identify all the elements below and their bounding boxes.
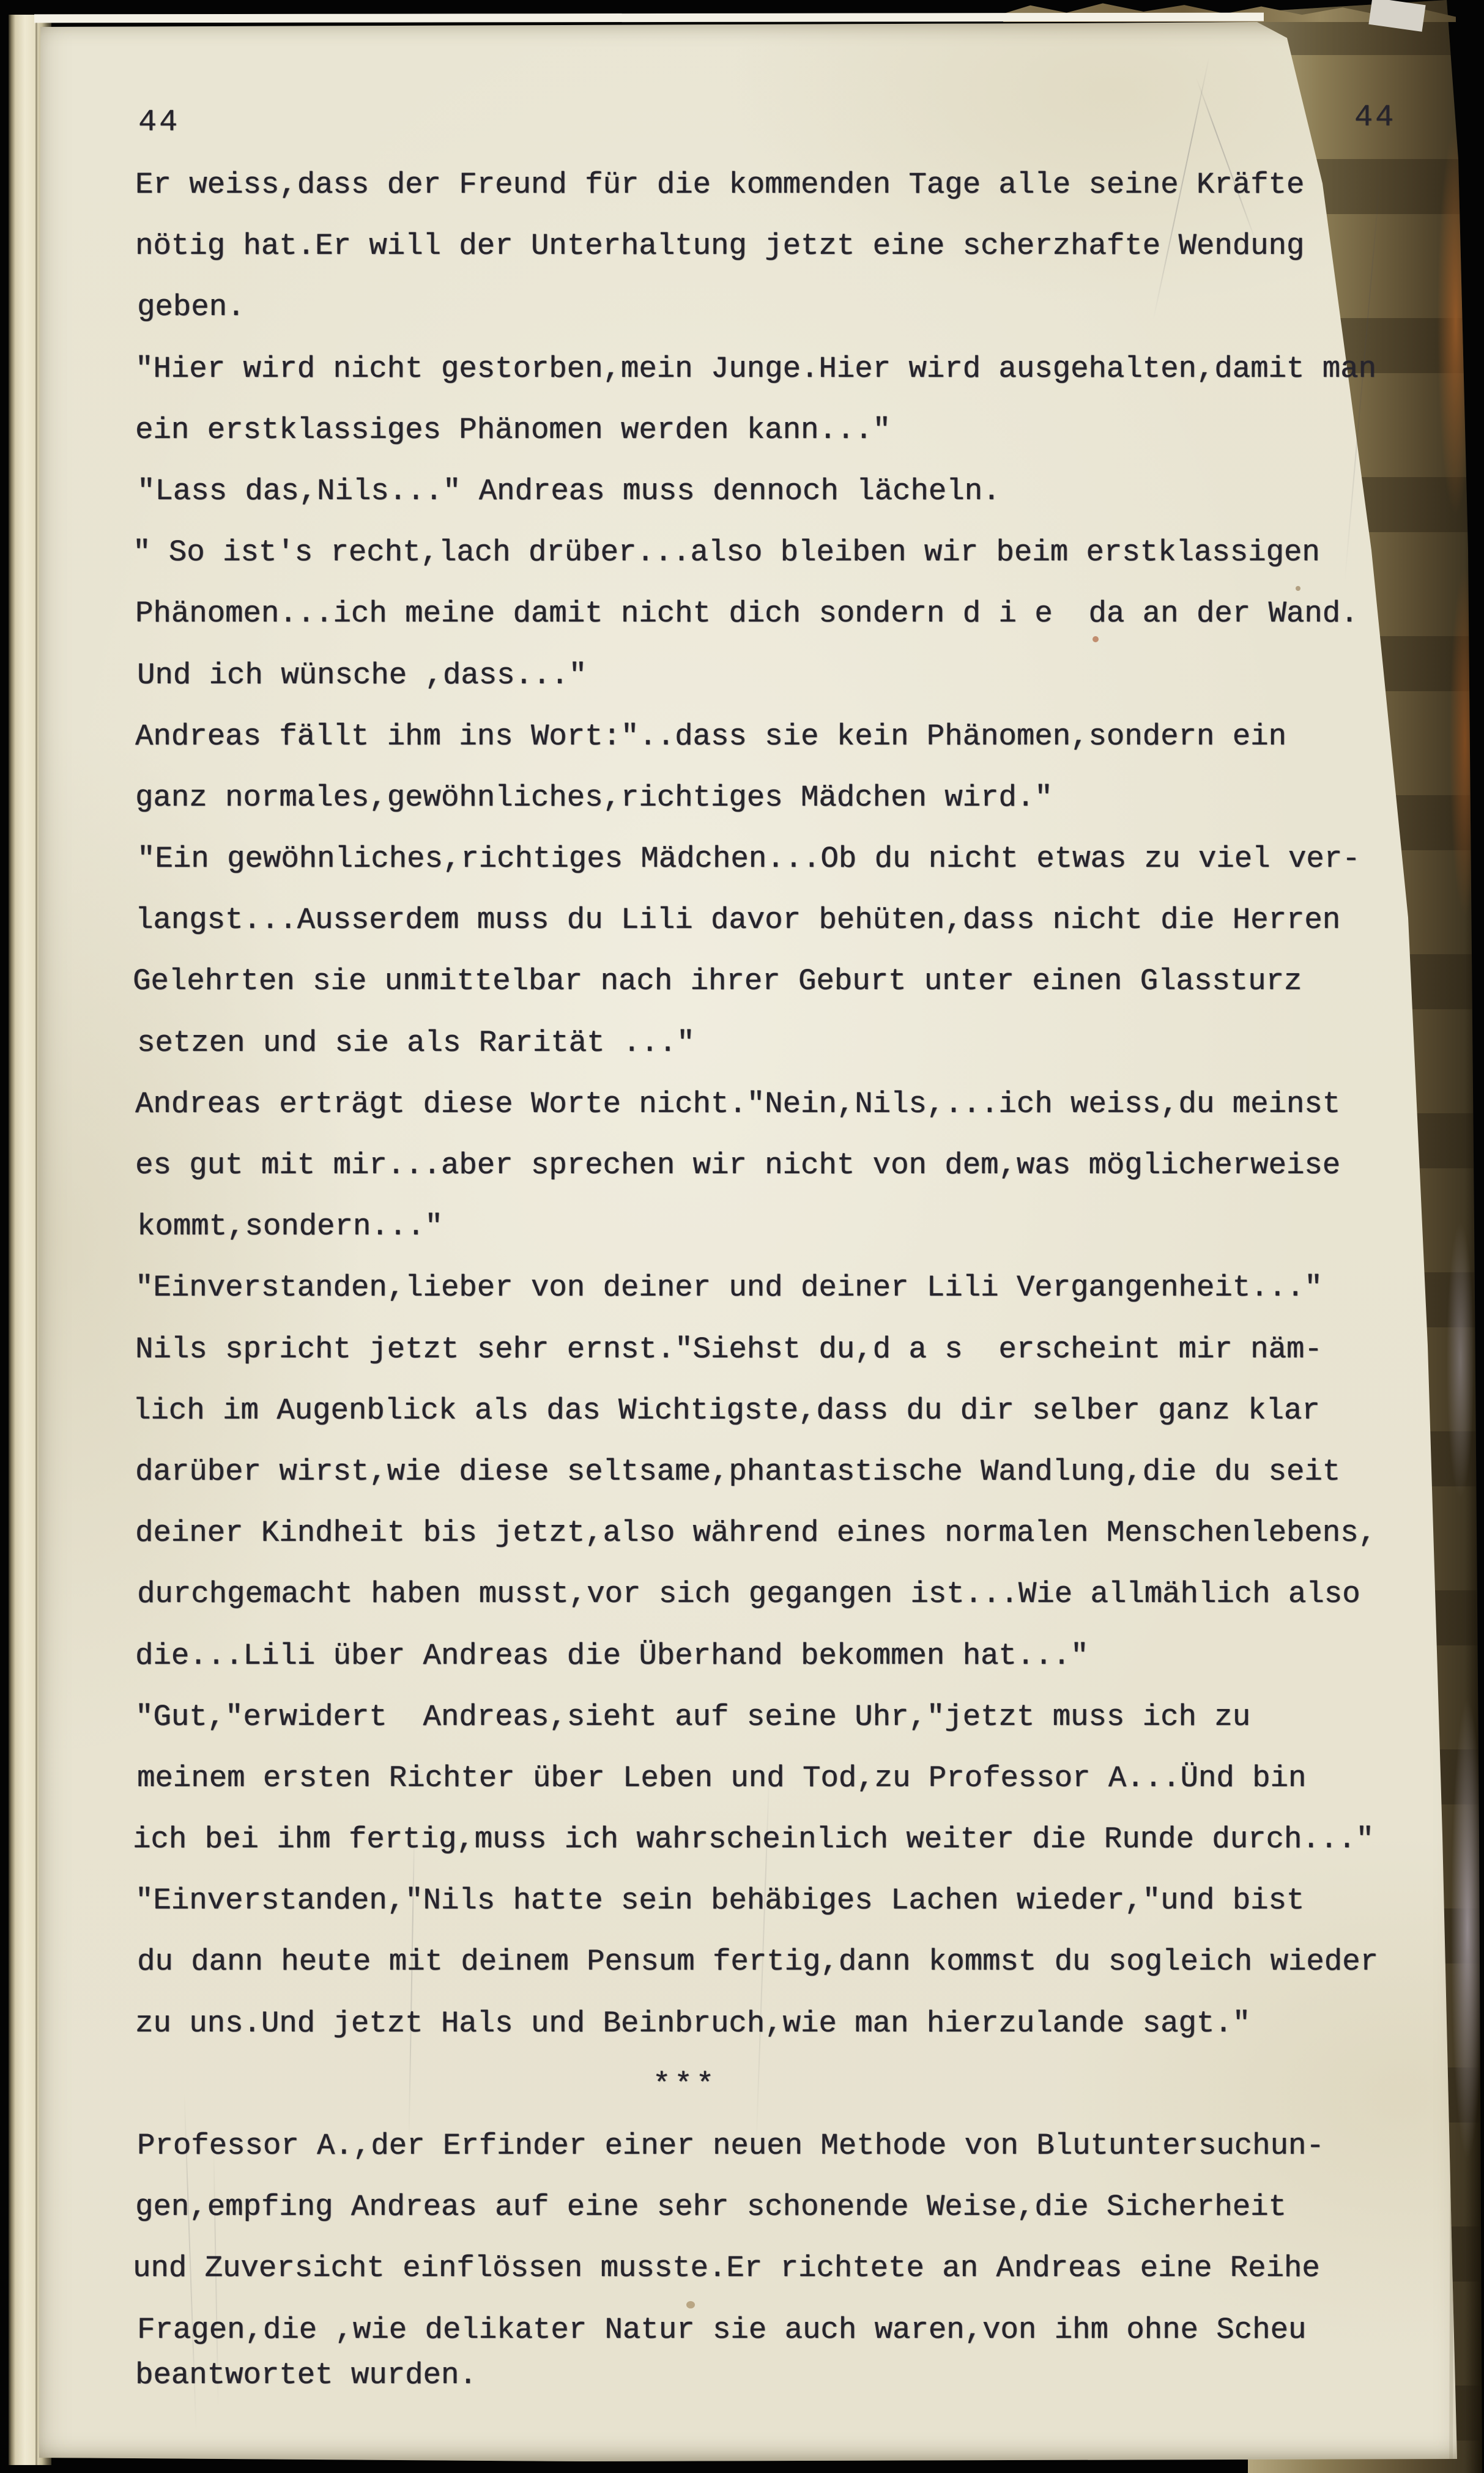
text-line: darüber wirst,wie diese seltsame,phantas… [135,1441,1394,1502]
text-line: " So ist's recht,lach drüber...also blei… [133,522,1394,583]
section-separator: *** [56,2054,1315,2115]
text-line: "Einverstanden,"Nils hatte sein behäbige… [135,1870,1394,1931]
text-line: lich im Augenblick als das Wichtigste,da… [133,1380,1394,1441]
text-line: kommt,sondern..." [137,1196,1394,1257]
page-number-left: 44 [138,105,180,140]
text-line: durchgemacht haben musst,vor sich gegang… [137,1563,1394,1625]
text-line: du dann heute mit deinem Pensum fertig,d… [137,1931,1394,1992]
text-line: und Zuversicht einflössen musste.Er rich… [133,2238,1394,2299]
text-line: "Hier wird nicht gestorben,mein Junge.Hi… [135,338,1394,399]
text-line: Andreas erträgt diese Worte nicht."Nein,… [135,1073,1394,1135]
text-line: meinem ersten Richter über Leben und Tod… [137,1748,1394,1809]
page-number-right: 44 [1354,100,1396,135]
text-line: Und ich wünsche ,dass..." [137,645,1394,706]
body-text: Er weiss,dass der Freund für die kommend… [135,154,1394,2406]
typewritten-text-layer: 44 44 Er weiss,dass der Freund für die k… [0,0,1484,2473]
text-line: nötig hat.Er will der Unterhaltung jetzt… [135,215,1394,276]
text-line: "Lass das,Nils..." Andreas muss dennoch … [137,461,1394,522]
text-line: langst...Ausserdem muss du Lili davor be… [135,889,1394,951]
text-line: "Einverstanden,lieber von deiner und dei… [135,1257,1394,1318]
text-line: ein erstklassiges Phänomen werden kann..… [135,399,1394,461]
text-line: zu uns.Und jetzt Hals und Beinbruch,wie … [135,1993,1394,2054]
text-line: "Gut,"erwidert Andreas,sieht auf seine U… [135,1686,1394,1748]
text-line: es gut mit mir...aber sprechen wir nicht… [135,1135,1394,1196]
text-line: ich bei ihm fertig,muss ich wahrscheinli… [133,1809,1394,1870]
text-line: Professor A.,der Erfinder einer neuen Me… [137,2115,1394,2176]
text-line: Nils spricht jetzt sehr ernst."Siehst du… [135,1319,1394,1380]
text-line: Gelehrten sie unmittelbar nach ihrer Geb… [133,951,1394,1012]
text-line: gen,empfing Andreas auf eine sehr schone… [135,2176,1394,2238]
text-line: geben. [137,276,1394,338]
text-line: ganz normales,gewöhnliches,richtiges Mäd… [135,767,1394,828]
text-line: setzen und sie als Rarität ..." [137,1012,1394,1073]
text-line: die...Lili über Andreas die Überhand bek… [135,1625,1394,1686]
text-line: Andreas fällt ihm ins Wort:"..dass sie k… [135,706,1394,767]
scanned-book-photo: { "colors": { "background": "#040404", "… [0,0,1484,2473]
text-line: "Ein gewöhnliches,richtiges Mädchen...Ob… [137,828,1394,889]
text-line: Phänomen...ich meine damit nicht dich so… [135,583,1394,644]
text-line: Er weiss,dass der Freund für die kommend… [135,154,1394,215]
text-line: deiner Kindheit bis jetzt,also während e… [135,1502,1394,1563]
